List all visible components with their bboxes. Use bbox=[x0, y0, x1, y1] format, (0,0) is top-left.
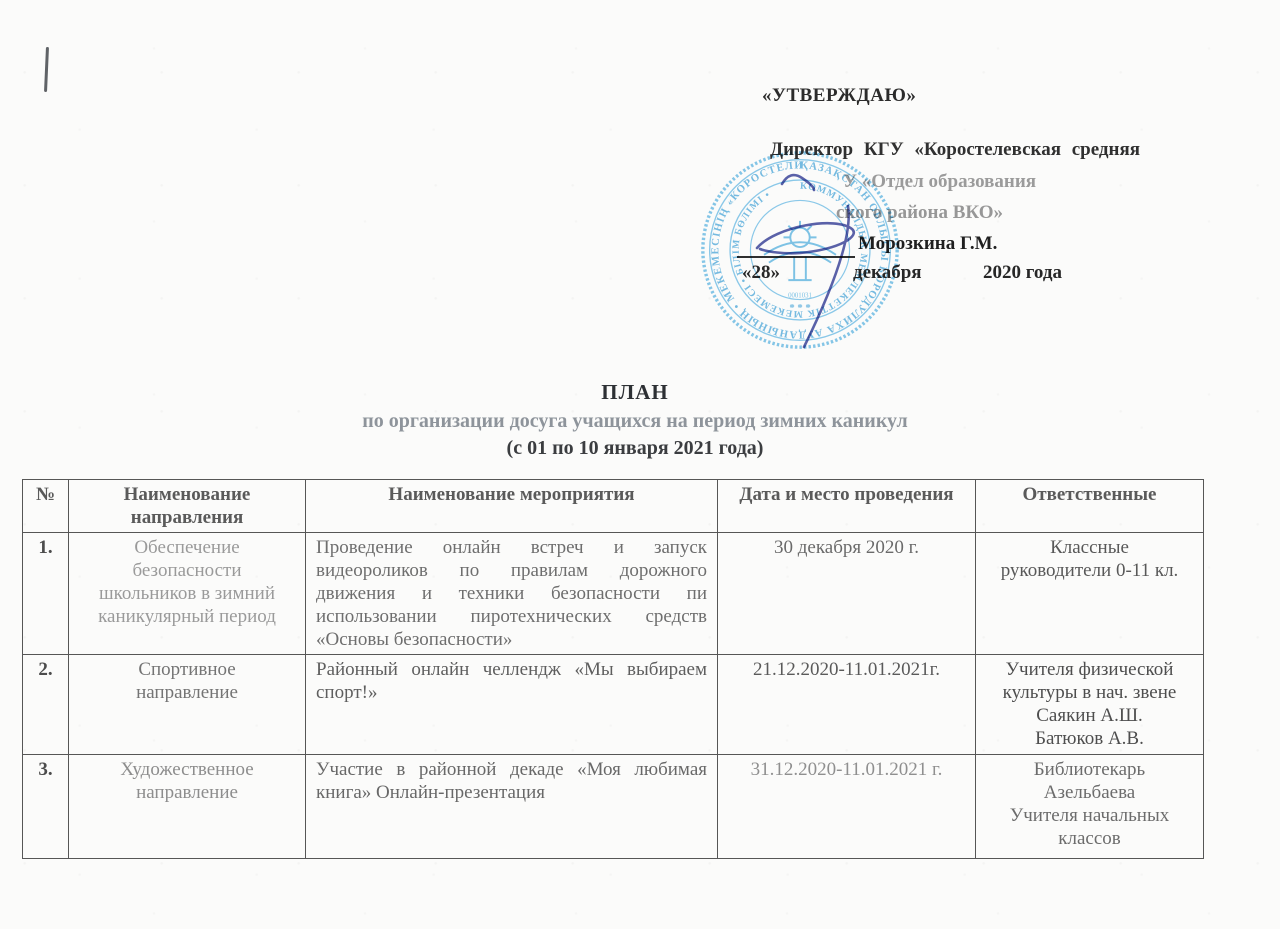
signature-line bbox=[737, 234, 855, 258]
cell-number: 1. bbox=[23, 533, 69, 655]
cell-direction: Художественное направление bbox=[69, 755, 306, 859]
table-row: 2. Спортивное направление Районный онлай… bbox=[23, 655, 1204, 755]
signer-name: Морозкина Г.М. bbox=[858, 233, 997, 255]
cell-responsible: Учителя физической культуры в нач. звене… bbox=[976, 655, 1204, 755]
document-title: ПЛАН по организации досуга учащихся на п… bbox=[0, 380, 1270, 460]
approval-block: «УТВЕРЖДАЮ» Директор КГУ «Коростелевская… bbox=[0, 0, 1280, 360]
cell-direction: Спортивное направление bbox=[69, 655, 306, 755]
table-row: 3. Художественное направление Участие в … bbox=[23, 755, 1204, 859]
cell-direction: Обеспечение безопасности школьников в зи… bbox=[69, 533, 306, 655]
scanned-document-page: «УТВЕРЖДАЮ» Директор КГУ «Коростелевская… bbox=[0, 0, 1280, 929]
cell-activity: Районный онлайн челлендж «Мы выбираем сп… bbox=[306, 655, 718, 755]
title-line-1: ПЛАН bbox=[0, 380, 1270, 405]
plan-table: № Наименование направления Наименование … bbox=[22, 479, 1204, 859]
approval-heading: «УТВЕРЖДАЮ» bbox=[762, 85, 916, 107]
cell-activity: Участие в районной декаде «Моя любимая к… bbox=[306, 755, 718, 859]
col-header-responsible: Ответственные bbox=[976, 480, 1204, 533]
approval-date-year: 2020 года bbox=[983, 262, 1062, 284]
cell-responsible: Классные руководители 0-11 кл. bbox=[976, 533, 1204, 655]
table-header-row: № Наименование направления Наименование … bbox=[23, 480, 1204, 533]
approval-line-1: Директор КГУ «Коростелевская средняя bbox=[770, 139, 1140, 161]
col-header-date-place: Дата и место проведения bbox=[718, 480, 976, 533]
approval-line-2: У «Отдел образования bbox=[843, 171, 1036, 193]
cell-activity: Проведение онлайн встреч и запуск видеор… bbox=[306, 533, 718, 655]
approval-date-day: «28» bbox=[742, 262, 780, 284]
cell-number: 3. bbox=[23, 755, 69, 859]
cell-number: 2. bbox=[23, 655, 69, 755]
cell-date: 21.12.2020-11.01.2021г. bbox=[718, 655, 976, 755]
col-header-direction: Наименование направления bbox=[69, 480, 306, 533]
title-line-2: по организации досуга учащихся на период… bbox=[0, 410, 1270, 433]
approval-date-month: декабря bbox=[853, 262, 922, 284]
table-row: 1. Обеспечение безопасности школьников в… bbox=[23, 533, 1204, 655]
cell-date: 31.12.2020-11.01.2021 г. bbox=[718, 755, 976, 859]
cell-responsible: Библиотекарь Азельбаева Учителя начальны… bbox=[976, 755, 1204, 859]
title-line-3: (с 01 по 10 января 2021 года) bbox=[0, 437, 1270, 460]
col-header-activity: Наименование мероприятия bbox=[306, 480, 718, 533]
col-header-number: № bbox=[23, 480, 69, 533]
cell-date: 30 декабря 2020 г. bbox=[718, 533, 976, 655]
approval-line-3: ского района ВКО» bbox=[836, 202, 1003, 224]
